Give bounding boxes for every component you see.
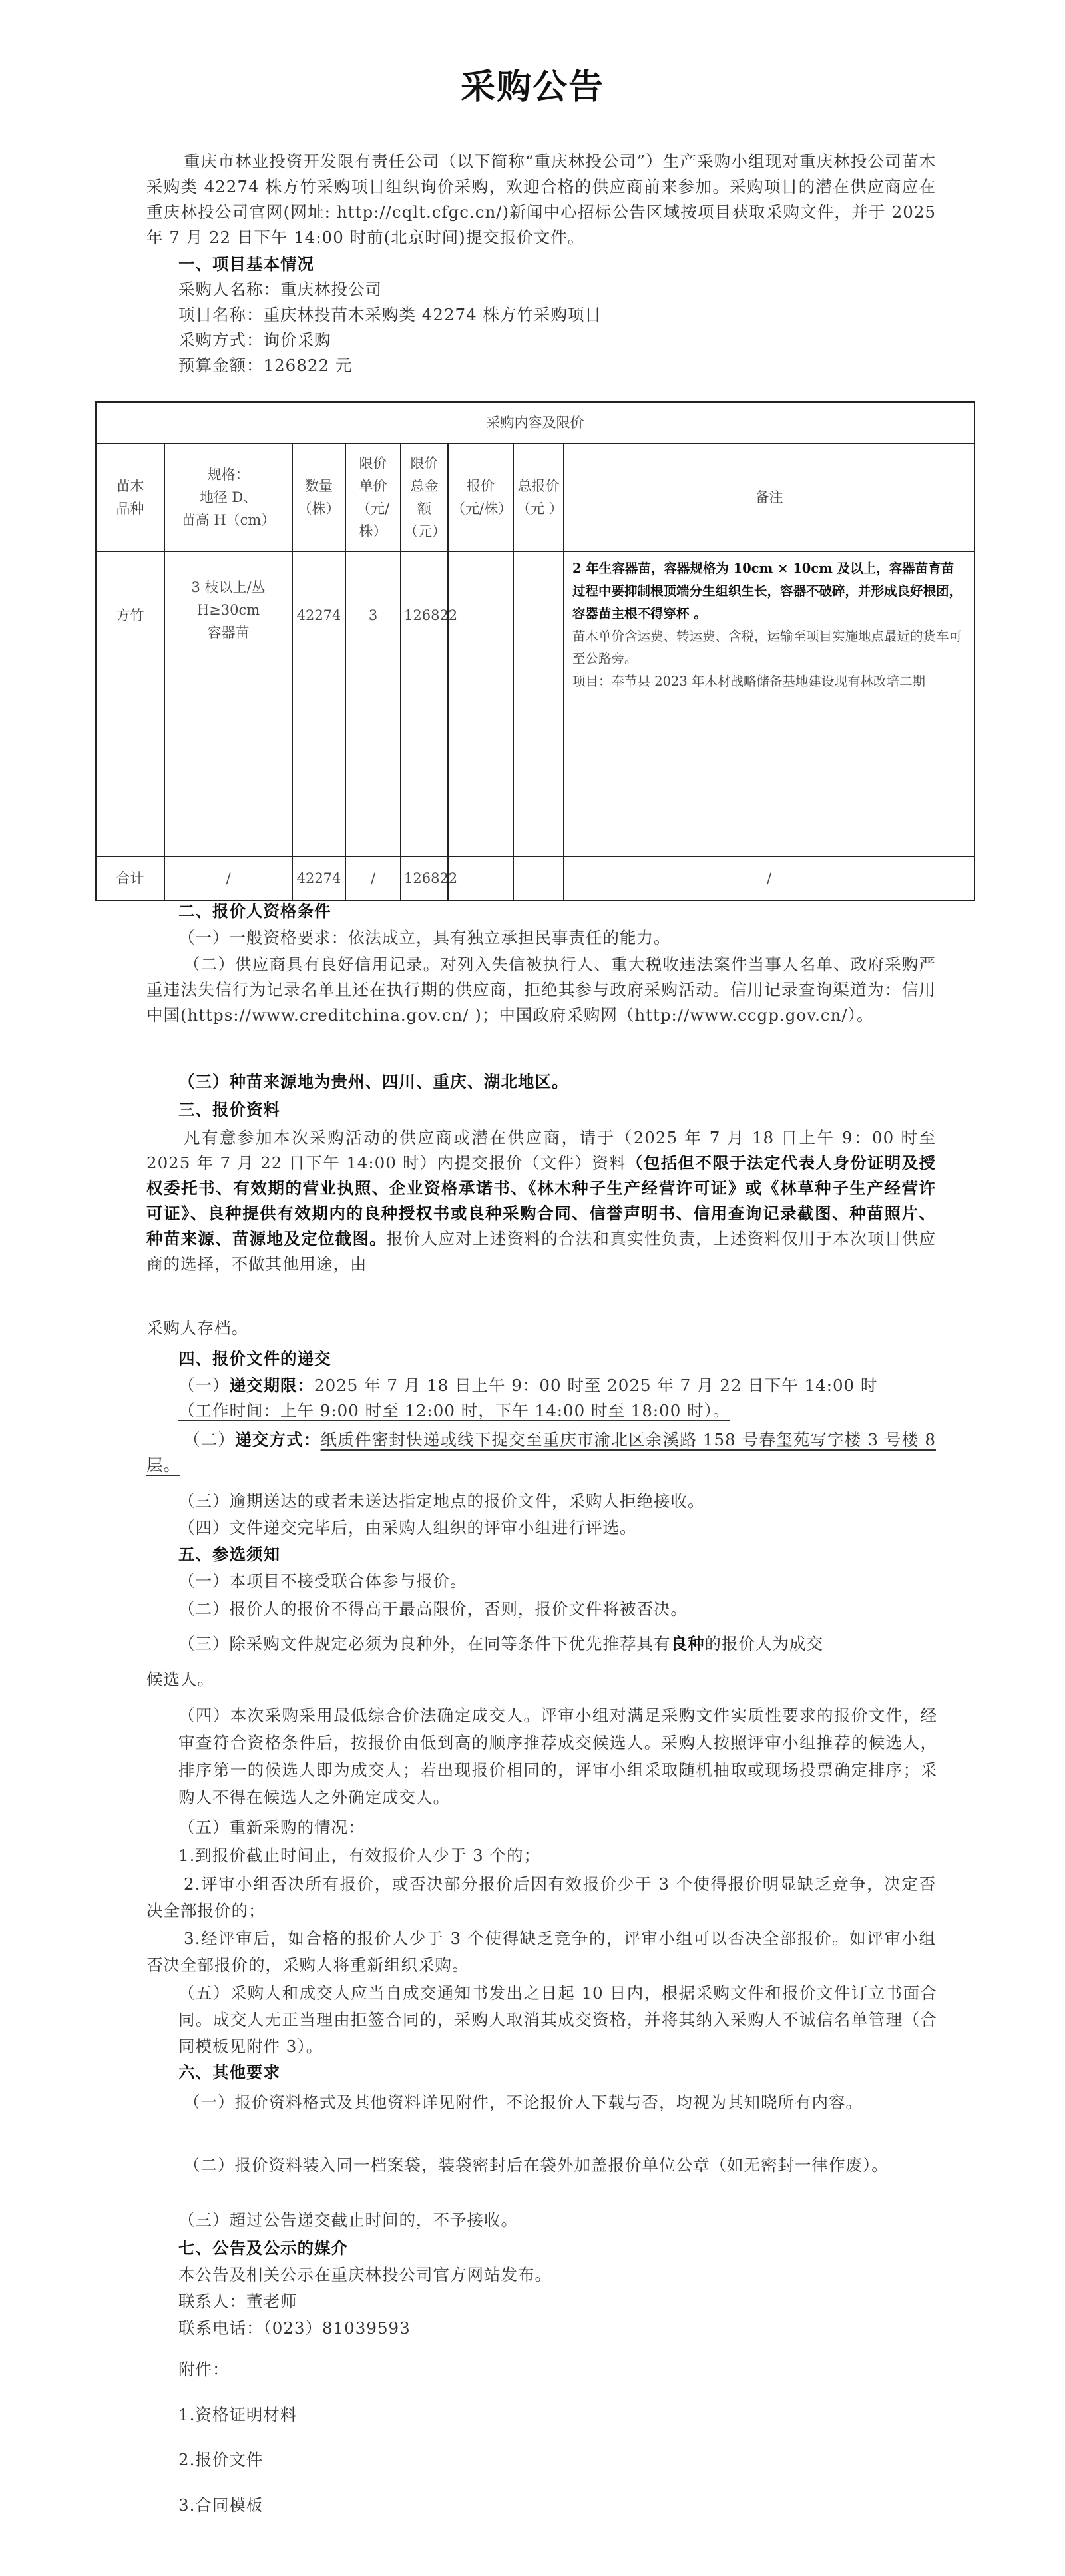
total-spec: / xyxy=(164,856,292,900)
header-quantity: 数量 （株） xyxy=(292,443,345,551)
cell-spec: 3 枝以上/丛 H≥30cm 容器苗 xyxy=(164,551,292,856)
qualification-seed-origin: （三）种苗来源地为贵州、四川、重庆、湖北地区。 xyxy=(178,1069,937,1095)
other-late: （三）超过公告递交截止时间的，不予接收。 xyxy=(178,2208,937,2233)
section-heading-notice: 五、参选须知 xyxy=(178,1542,937,1567)
submission-review: （四）文件递交完毕后，由采购人组织的评审小组进行评选。 xyxy=(178,1515,937,1541)
section-heading-qualifications: 二、报价人资格条件 xyxy=(178,899,937,924)
cell-total-limit: 126822 xyxy=(401,551,448,856)
purchaser-name: 采购人名称：重庆林投公司 xyxy=(178,277,937,302)
total-total-limit: 126822 xyxy=(401,856,448,900)
header-spec: 规格： 地径 D、 苗高 H（cm） xyxy=(164,443,292,551)
budget-amount: 预算金额：126822 元 xyxy=(178,353,937,378)
quote-materials-archive: 采购人存档。 xyxy=(146,1316,936,1341)
cell-quote xyxy=(448,551,513,856)
notice-price-cap: （二）报价人的报价不得高于最高限价，否则，报价文件将被否决。 xyxy=(178,1597,937,1622)
attachments-heading: 附件： xyxy=(178,2357,937,2382)
other-sealing: （二）报价资料装入同一档案袋，装袋密封后在袋外加盖报价单位公章（如无密封一律作废… xyxy=(146,2151,936,2180)
section-heading-quote-materials: 三、报价资料 xyxy=(178,1097,937,1123)
quote-materials-paragraph: 凡有意参加本次采购活动的供应商或潜在供应商，请于（2025 年 7 月 18 日… xyxy=(146,1125,936,1277)
contact-person: 联系人：董老师 xyxy=(178,2289,937,2314)
section-heading-media: 七、公告及公示的媒介 xyxy=(178,2236,937,2261)
total-quantity: 42274 xyxy=(292,856,345,900)
total-total-quote xyxy=(513,856,564,900)
section-heading-basic-info: 一、项目基本情况 xyxy=(178,252,937,277)
attachment-item[interactable]: 2.报价文件 xyxy=(178,2447,937,2473)
submission-method: （二）递交方式：纸质件密封快递或线下提交至重庆市渝北区余溪路 158 号春玺苑写… xyxy=(146,1427,936,1478)
attachment-item[interactable]: 3.合同模板 xyxy=(178,2493,937,2518)
header-total-quote: 总报价 （元 ） xyxy=(513,443,564,551)
header-remark: 备注 xyxy=(564,443,974,551)
attachment-item[interactable]: 1.资格证明材料 xyxy=(178,2402,937,2428)
total-label: 合计 xyxy=(96,856,164,900)
qualification-general: （一）一般资格要求：依法成立，具有独立承担民事责任的能力。 xyxy=(178,925,937,951)
notice-contract: （五）采购人和成交人应当自成交通知书发出之日起 10 日内，根据采购文件和报价文… xyxy=(178,1980,937,2060)
qualification-credit: （二）供应商具有良好信用记录。对列入失信被执行人、重大税收违法案件当事人名单、政… xyxy=(146,952,936,1028)
project-name: 项目名称：重庆林投苗木采购类 42274 株方竹采购项目 xyxy=(178,302,937,328)
page-title: 采购公告 xyxy=(0,59,1065,109)
submission-late: （三）逾期送达的或者未送达指定地点的报价文件，采购人拒绝接收。 xyxy=(178,1489,937,1514)
section-heading-submission: 四、报价文件的递交 xyxy=(178,1346,937,1372)
table-caption: 采购内容及限价 xyxy=(96,402,974,443)
cell-total-quote xyxy=(513,551,564,856)
table-header-row: 苗木 品种 规格： 地径 D、 苗高 H（cm） 数量 （株） 限价 单价 （元… xyxy=(96,443,974,551)
notice-no-consortium: （一）本项目不接受联合体参与报价。 xyxy=(178,1569,937,1594)
notice-improved-variety-cont: 候选人。 xyxy=(146,1667,936,1692)
intro-paragraph: 重庆市林业投资开发限有责任公司（以下简称“重庆林投公司”）生产采购小组现对重庆林… xyxy=(146,149,936,250)
total-remark: / xyxy=(564,856,974,900)
cell-unit-limit: 3 xyxy=(345,551,401,856)
remark-price-note: 苗木单价含运费、转运费、含税，运输至项目实施地点最近的货车可至公路旁。 xyxy=(572,625,966,670)
notice-reprocure-2: 2.评审小组否决所有报价，或否决部分报价后因有效报价少于 3 个使得报价明显缺乏… xyxy=(146,1871,936,1924)
notice-lowest-price: （四）本次采购采用最低综合价法确定成交人。评审小组对满足采购文件实质性要求的报价… xyxy=(178,1702,937,1811)
media-publish: 本公告及相关公示在重庆林投公司官方网站发布。 xyxy=(178,2262,937,2288)
purchase-method: 采购方式：询价采购 xyxy=(178,328,937,353)
procurement-table: 采购内容及限价 苗木 品种 规格： 地径 D、 苗高 H（cm） 数量 （株） … xyxy=(95,401,975,901)
notice-reprocure-heading: （五）重新采购的情况： xyxy=(178,1815,937,1840)
cell-variety: 方竹 xyxy=(96,551,164,856)
header-quote: 报价 （元/株） xyxy=(448,443,513,551)
table-total-row: 合计 / 42274 / 126822 / xyxy=(96,856,974,900)
submission-deadline: （一）递交期限：2025 年 7 月 18 日上午 9：00 时至 2025 年… xyxy=(178,1373,937,1398)
header-unit-limit: 限价 单价 （元/株） xyxy=(345,443,401,551)
notice-reprocure-3: 3.经评审后，如合格的报价人少于 3 个使得缺乏竞争的，评审小组可以否决全部报价… xyxy=(146,1926,936,1979)
notice-reprocure-1: 1.到报价截止时间止，有效报价人少于 3 个的； xyxy=(178,1843,937,1868)
cell-quantity: 42274 xyxy=(292,551,345,856)
contact-phone: 联系电话：（023）81039593 xyxy=(178,2316,937,2341)
header-total-limit: 限价 总金额 （元） xyxy=(401,443,448,551)
other-format: （一）报价资料格式及其他资料详见附件，不论报价人下载与否，均视为其知晓所有内容。 xyxy=(146,2088,936,2117)
total-quote xyxy=(448,856,513,900)
header-variety: 苗木 品种 xyxy=(96,443,164,551)
remark-project: 项目：奉节县 2023 年木材战略储备基地建设现有林改培二期 xyxy=(572,670,966,693)
submission-working-hours: （工作时间：上午 9:00 时至 12:00 时，下午 14:00 时至 18:… xyxy=(178,1398,937,1423)
cell-remark: 2 年生容器苗，容器规格为 10cm × 10cm 及以上，容器苗育苗过程中要抑… xyxy=(564,551,974,856)
notice-improved-variety: （三）除采购文件规定必须为良种外，在同等条件下优先推荐具有良种的报价人为成交 xyxy=(178,1631,937,1657)
total-unit-limit: / xyxy=(345,856,401,900)
table-row: 方竹 3 枝以上/丛 H≥30cm 容器苗 42274 3 126822 2 年… xyxy=(96,551,974,856)
section-heading-other: 六、其他要求 xyxy=(178,2060,937,2085)
remark-requirements: 2 年生容器苗，容器规格为 10cm × 10cm 及以上，容器苗育苗过程中要抑… xyxy=(572,557,966,625)
